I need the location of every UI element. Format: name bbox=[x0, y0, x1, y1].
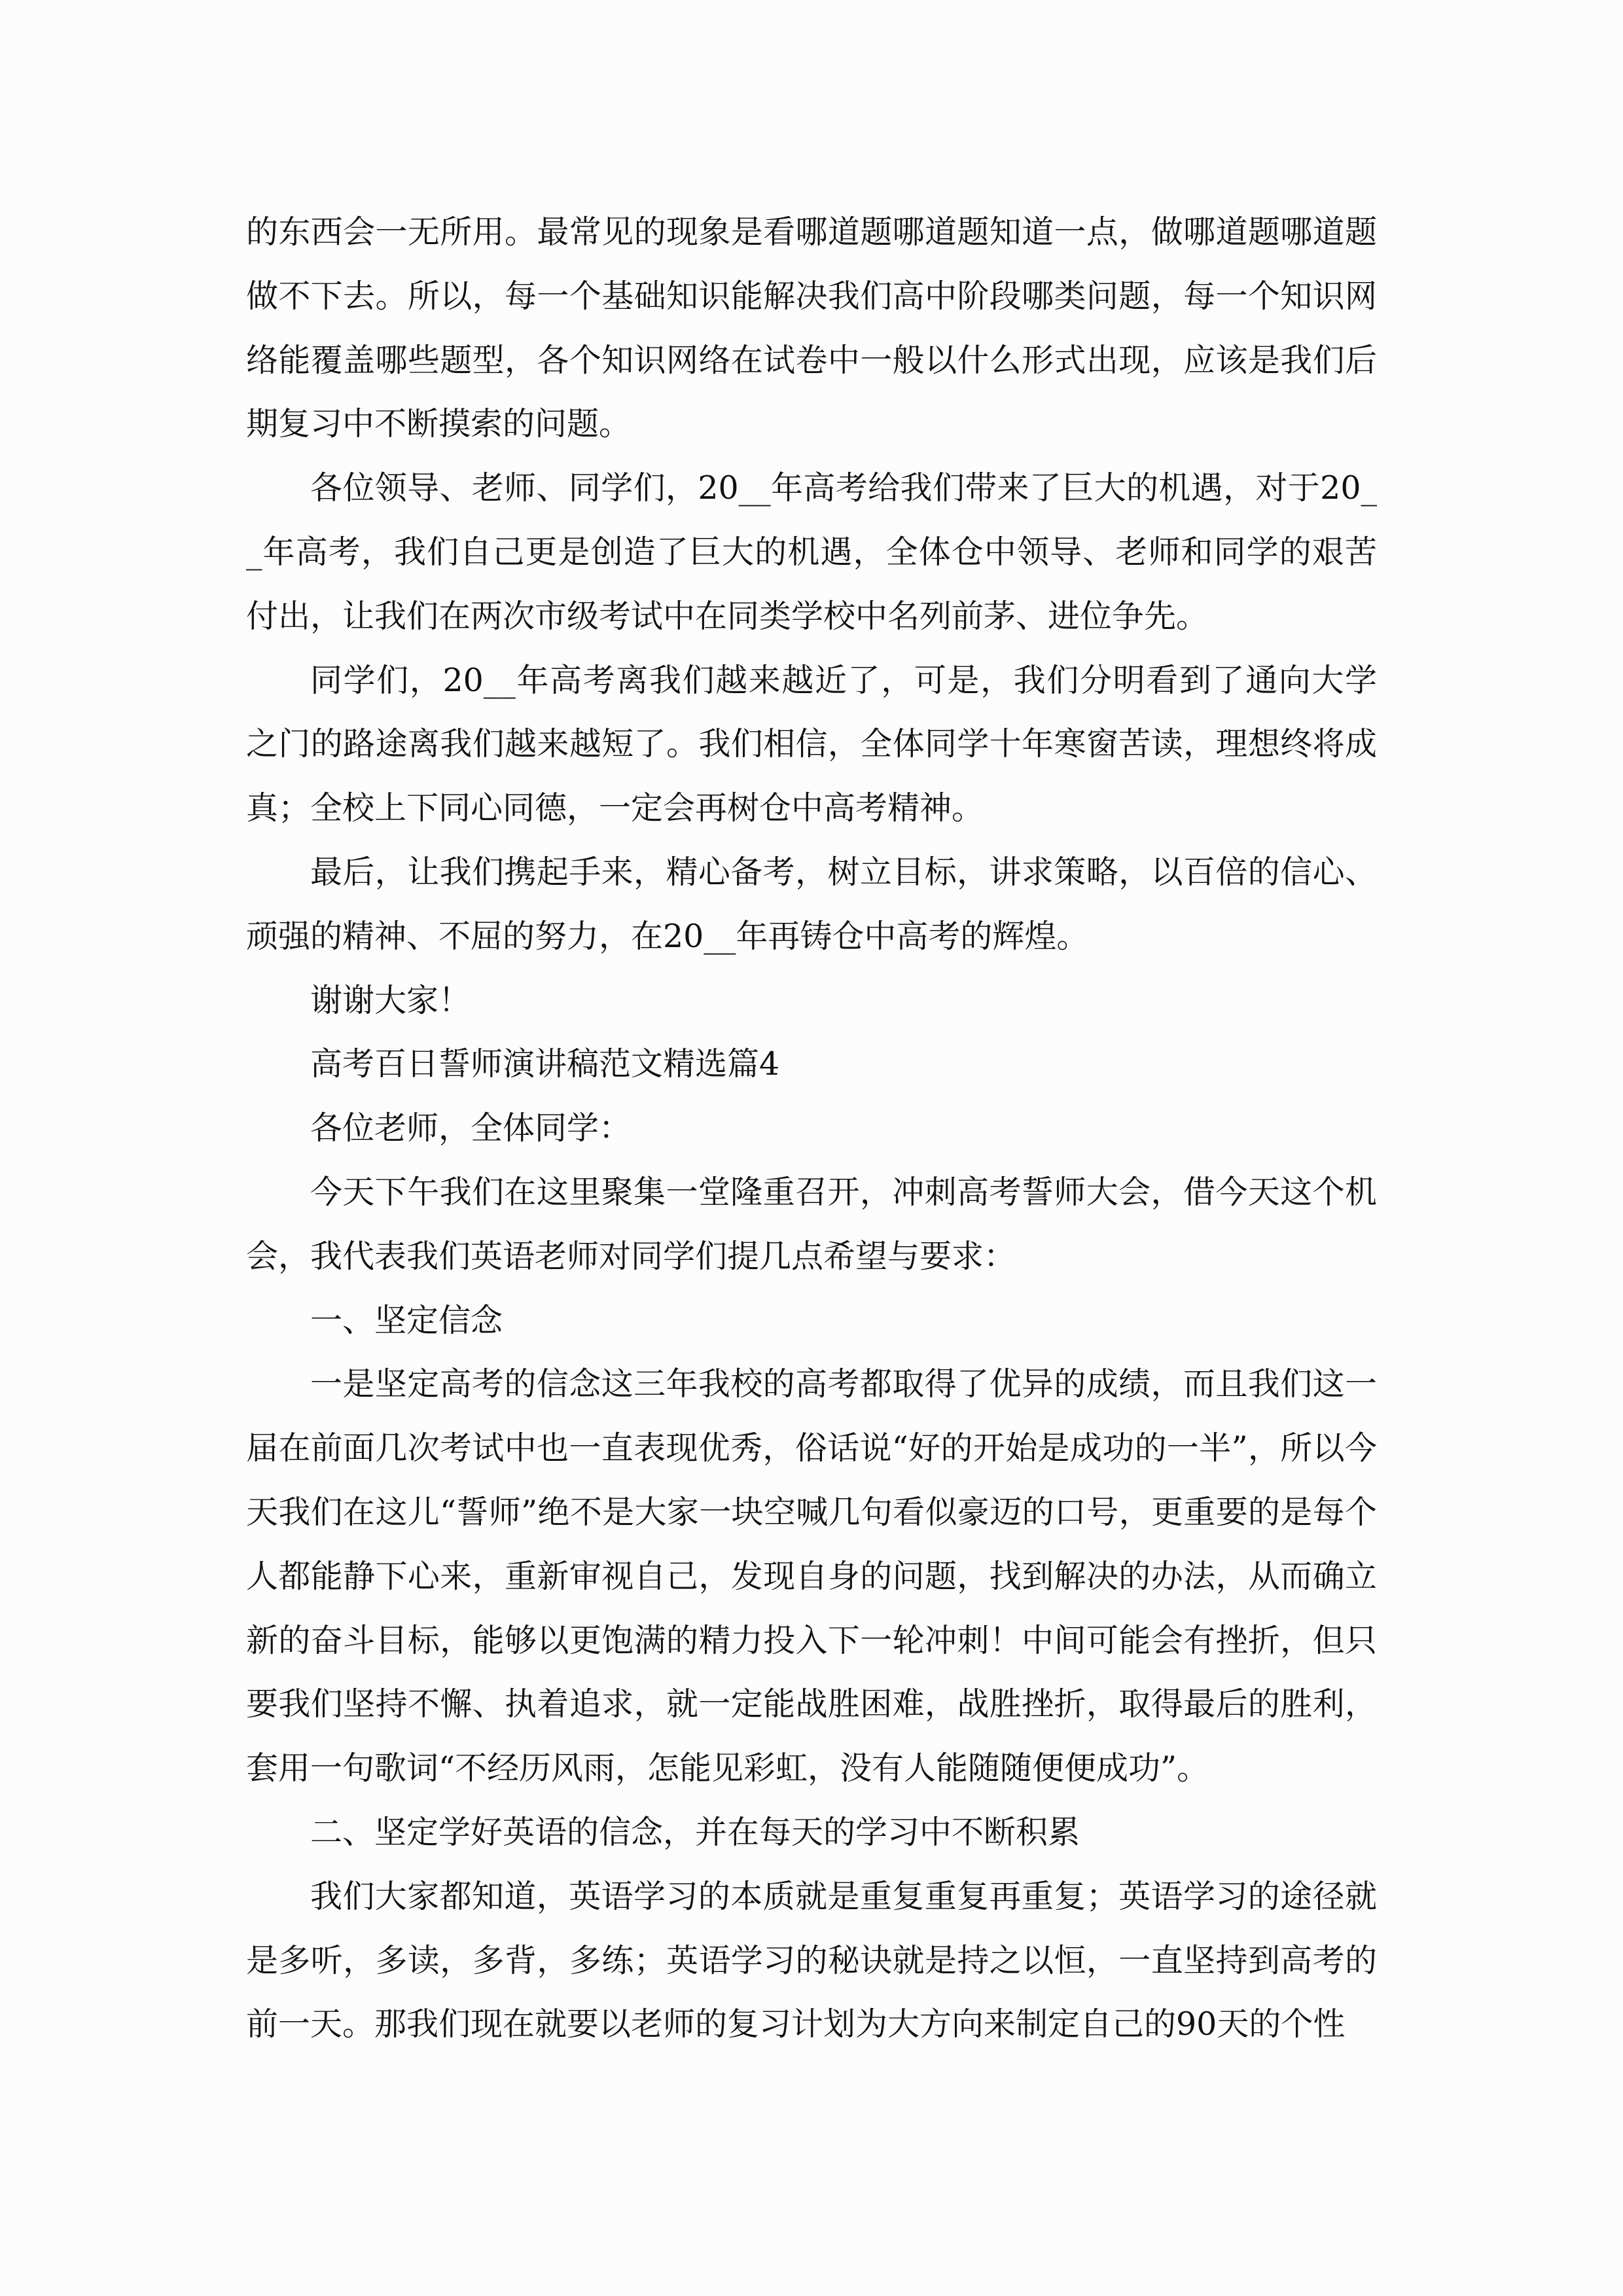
paragraph-today: 今天下午我们在这里聚集一堂隆重召开，冲刺高考誓师大会，借今天这个机会，我代表我们… bbox=[246, 1160, 1377, 1289]
paragraph-salutation: 各位老师，全体同学： bbox=[246, 1096, 1377, 1160]
paragraph-thanks: 谢谢大家！ bbox=[246, 969, 1377, 1033]
paragraph-english-study: 我们大家都知道，英语学习的本质就是重复重复再重复；英语学习的途径就是多听，多读，… bbox=[246, 1865, 1377, 2056]
heading-point-2: 二、坚定学好英语的信念，并在每天的学习中不断积累 bbox=[246, 1801, 1377, 1865]
document-page: 的东西会一无所用。最常见的现象是看哪道题哪道题知道一点，做哪道题哪道题做不下去。… bbox=[0, 0, 1623, 2296]
document-body: 的东西会一无所用。最常见的现象是看哪道题哪道题知道一点，做哪道题哪道题做不下去。… bbox=[246, 200, 1377, 2056]
paragraph-classmates: 同学们，20__年高考离我们越来越近了，可是，我们分明看到了通向大学之门的路途离… bbox=[246, 649, 1377, 840]
section-title: 高考百日誓师演讲稿范文精选篇4 bbox=[246, 1032, 1377, 1096]
heading-point-1: 一、坚定信念 bbox=[246, 1289, 1377, 1353]
paragraph-continuation: 的东西会一无所用。最常见的现象是看哪道题哪道题知道一点，做哪道题哪道题做不下去。… bbox=[246, 200, 1377, 456]
paragraph-finally: 最后，让我们携起手来，精心备考，树立目标，讲求策略，以百倍的信心、顽强的精神、不… bbox=[246, 840, 1377, 969]
paragraph-belief: 一是坚定高考的信念这三年我校的高考都取得了优异的成绩，而且我们这一届在前面几次考… bbox=[246, 1352, 1377, 1801]
paragraph-leaders-address: 各位领导、老师、同学们，20__年高考给我们带来了巨大的机遇，对于20__年高考… bbox=[246, 456, 1377, 648]
